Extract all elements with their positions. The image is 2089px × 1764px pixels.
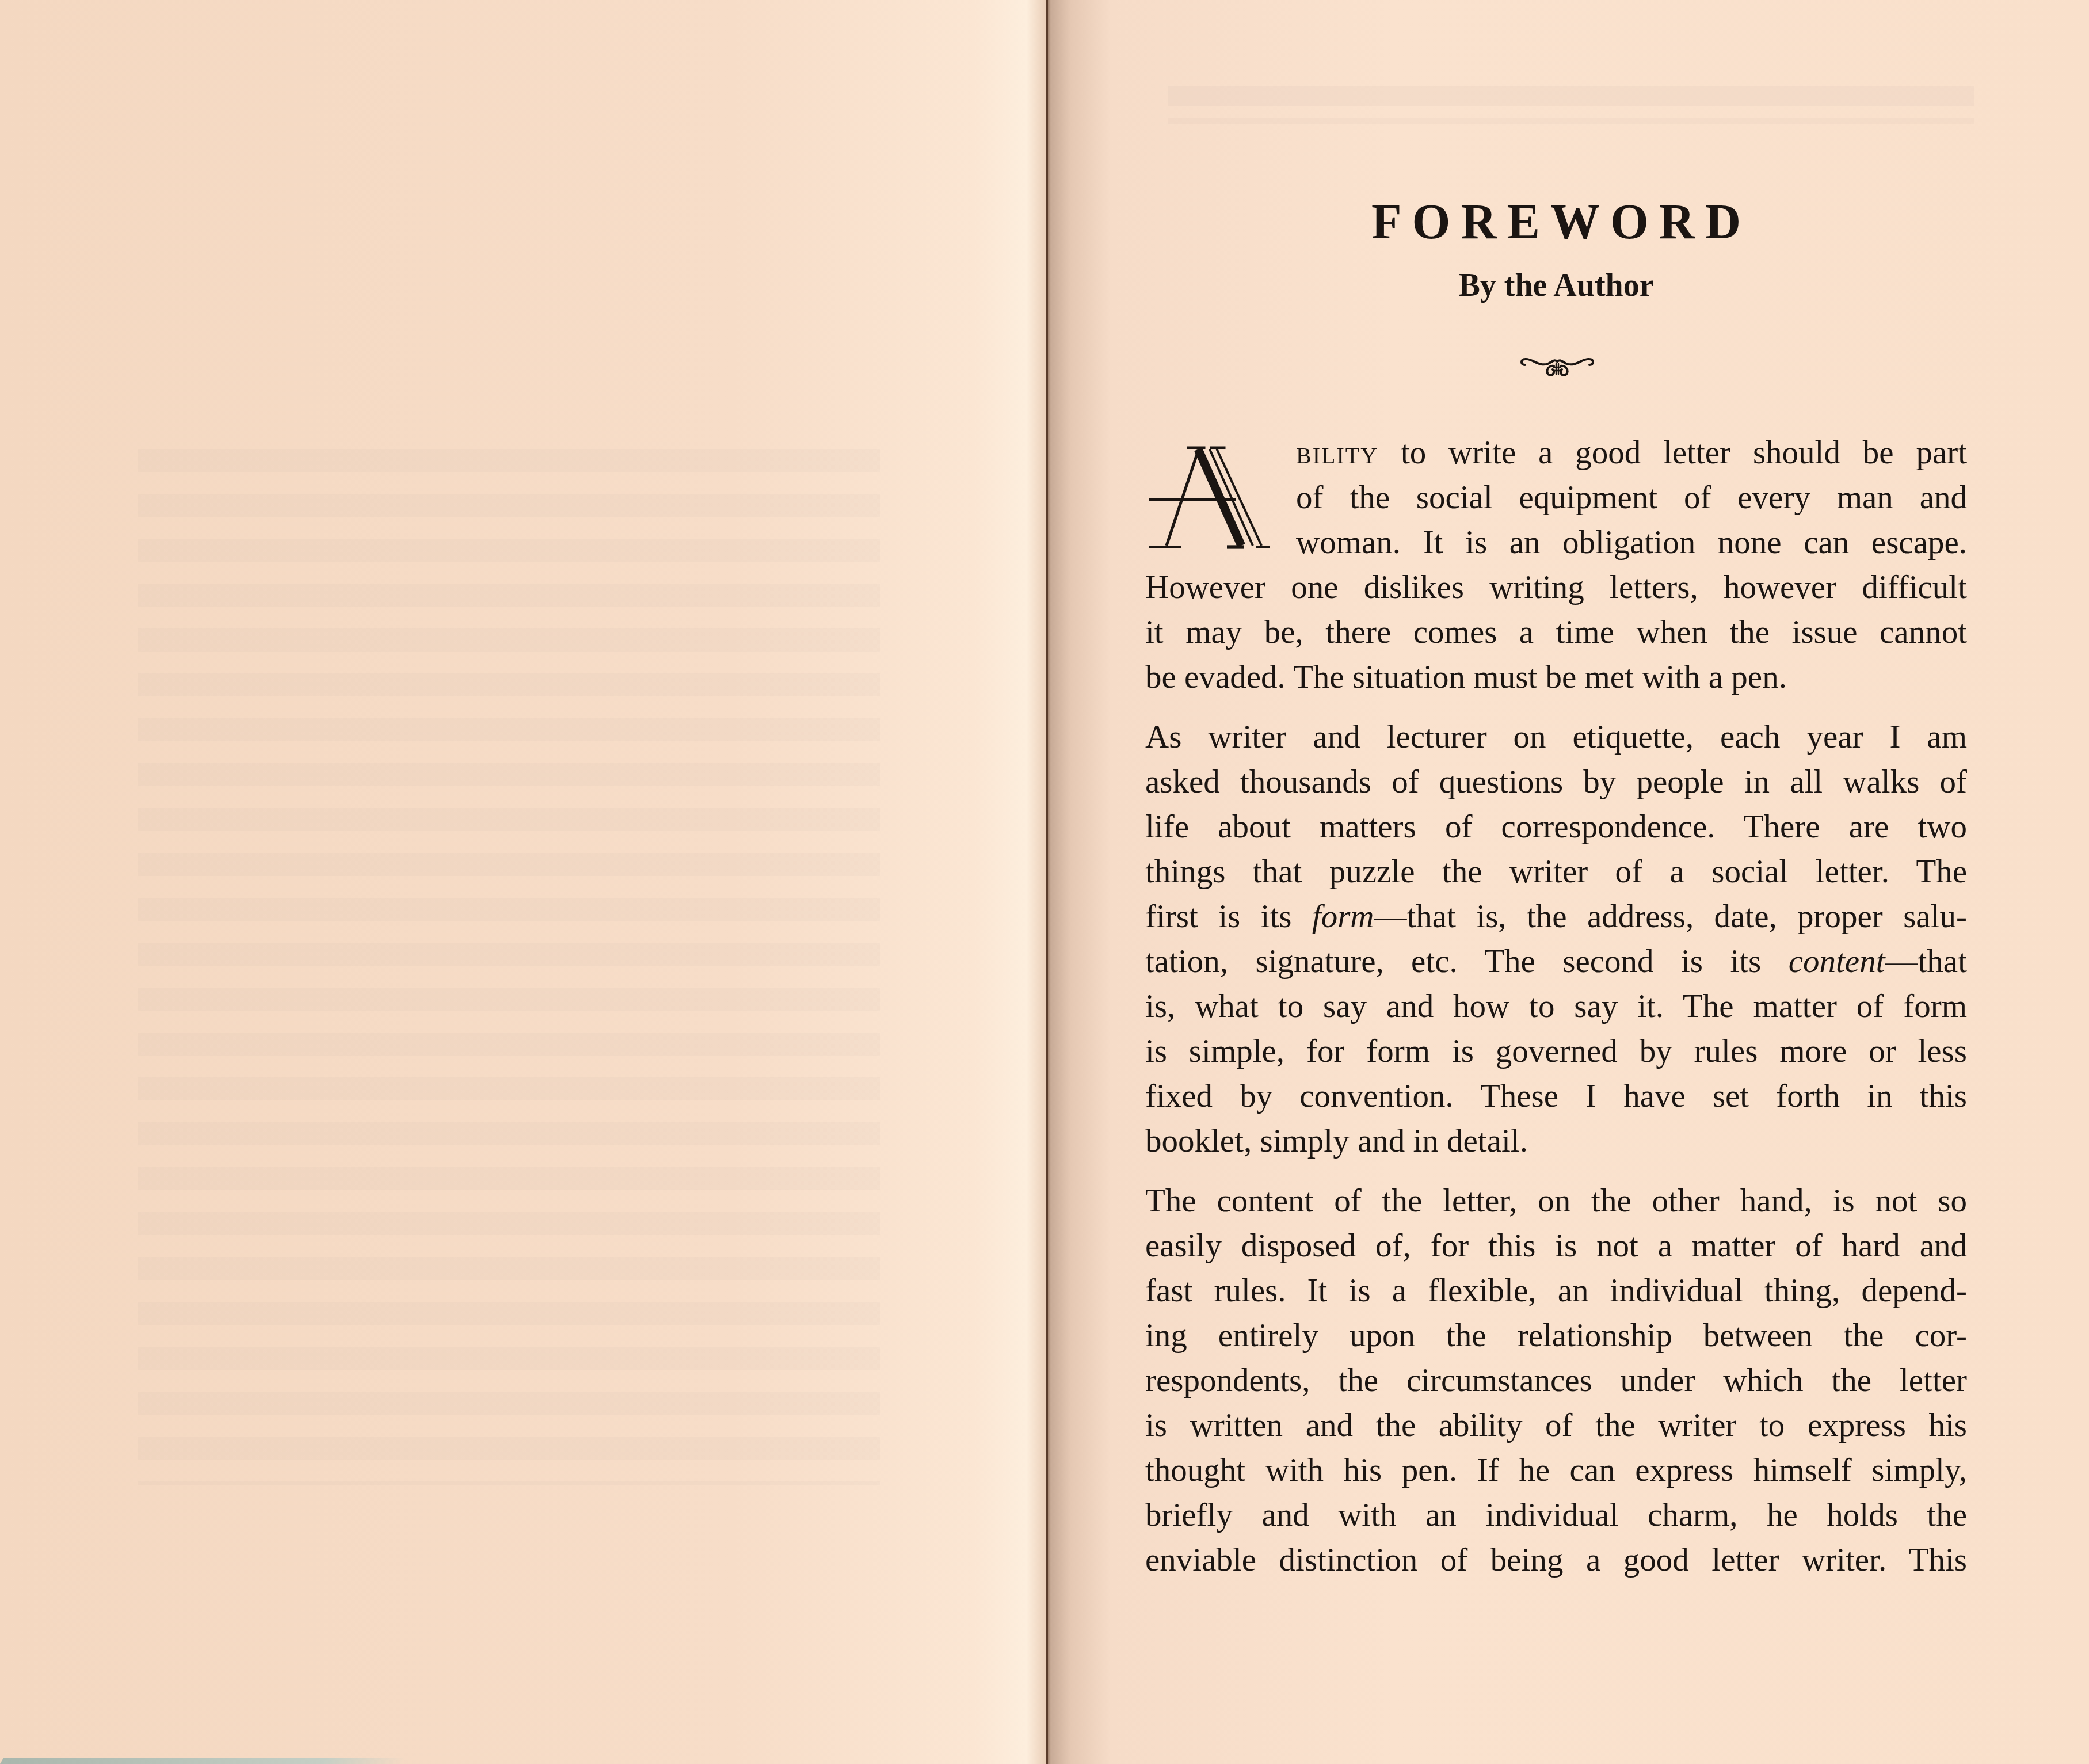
text-line: is written and the ability of the writer… — [1145, 1403, 1967, 1448]
text-line: enviable distinction of being a good let… — [1145, 1538, 1967, 1583]
text-line: respondents, the circumstances under whi… — [1145, 1358, 1967, 1403]
bleed-through-running-head — [1168, 86, 1974, 106]
text-line: As writer and lecturer on etiquette, eac… — [1145, 715, 1967, 760]
text-line: easily disposed of, for this is not a ma… — [1145, 1224, 1967, 1268]
table-surface-edge — [0, 1758, 406, 1764]
left-page — [0, 0, 1047, 1764]
paragraph-3: The content of the letter, on the other … — [1145, 1179, 1967, 1583]
book-gutter — [1046, 0, 1048, 1764]
text-line: briefly and with an individual charm, he… — [1145, 1493, 1967, 1538]
text-line: However one dislikes writing letters, ho… — [1145, 565, 1967, 610]
paragraph-2: As writer and lecturer on etiquette, eac… — [1145, 715, 1967, 1164]
text-line: asked thousands of questions by people i… — [1145, 760, 1967, 805]
text-line: be evaded. The situation must be met wit… — [1145, 655, 1967, 700]
text-line: it may be, there comes a time when the i… — [1145, 610, 1967, 655]
body-text: bility to write a good letter should be … — [1145, 430, 1967, 1598]
text-line: fast rules. It is a flexible, an individ… — [1145, 1268, 1967, 1313]
text-line: thought with his pen. If he can express … — [1145, 1448, 1967, 1493]
bleed-through-lines — [138, 449, 880, 1485]
text-line: is, what to say and how to say it. The m… — [1145, 984, 1967, 1029]
page-subtitle: By the Author — [1145, 269, 1967, 302]
text-line: things that puzzle the writer of a socia… — [1145, 849, 1967, 894]
text-line: The content of the letter, on the other … — [1145, 1179, 1967, 1224]
text-line: tation, signature, etc. The second is it… — [1145, 939, 1967, 984]
bleed-through-rule — [1168, 118, 1974, 124]
text-line: fixed by convention. These I have set fo… — [1145, 1074, 1967, 1119]
text-line: life about matters of correspondence. Th… — [1145, 805, 1967, 849]
fleuron-ornament-icon — [1518, 353, 1596, 379]
page-title: FOREWORD — [1145, 197, 1967, 246]
text-line: booklet, simply and in detail. — [1145, 1119, 1967, 1164]
text-line: first is its form—that is, the address, … — [1145, 894, 1967, 939]
drop-cap-a-icon — [1146, 442, 1290, 557]
book-spread: FOREWORD By the Author — [0, 0, 2089, 1764]
text-line: ing entirely upon the relationship betwe… — [1145, 1313, 1967, 1358]
bleed-through-text — [144, 230, 166, 329]
text-line: is simple, for form is governed by rules… — [1145, 1029, 1967, 1074]
